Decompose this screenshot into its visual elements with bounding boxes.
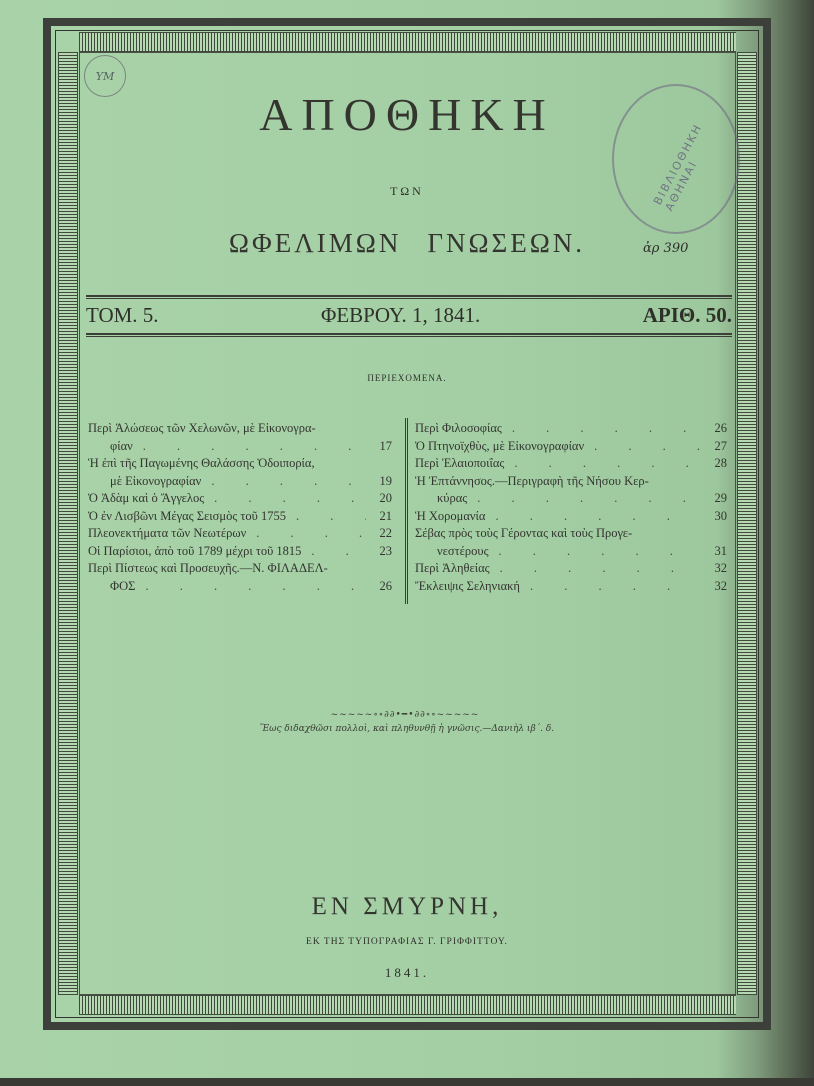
toc-entry: Ὁ Πτηνοϊχθὺς, μὲ Εἰκονογραφίαν. . . . . … <box>415 438 727 456</box>
leader-dots: . . . . . . . . . . . <box>489 543 701 561</box>
issue-rule-bottom <box>86 333 732 337</box>
toc-page-number: 32 <box>701 560 727 578</box>
leader-dots: . . . . . . . . . . . <box>201 473 366 491</box>
leader-dots: . . . . . . . . . . . <box>502 420 701 438</box>
epigraph-quote: Ἕως διδαχθῶσι πολλοὶ, καὶ πληθυνθῇ ἡ γνῶ… <box>0 724 814 734</box>
toc-right-column: Περὶ Φιλοσοφίας. . . . . . . . . . .26 Ὁ… <box>415 420 727 595</box>
toc-page-number: 21 <box>366 508 392 526</box>
leader-dots: . . . . . . . . . . . <box>490 560 701 578</box>
toc-entry: Σέβας πρὸς τοὺς Γέροντας καὶ τοὺς Προγε-… <box>415 525 727 560</box>
leader-dots: . . . . . . . . . . . <box>584 438 701 456</box>
toc-left-column: Περὶ Ἁλώσεως τῶν Χελωνῶν, μὲ Εἰκονογρα- … <box>88 420 392 595</box>
toc-entry-title: Ἡ ἐπὶ τῆς Παγωμένης Θαλάσσης Ὁδοιπορία, <box>88 455 392 473</box>
toc-entry-title: Πλεονεκτήματα τῶν Νεωτέρων <box>88 525 246 543</box>
toc-entry: Περὶ Ἐλαιοποιΐας. . . . . . . . . . .28 <box>415 455 727 473</box>
toc-entry: Ἡ Χορομανία. . . . . . . . . . .30 <box>415 508 727 526</box>
leader-dots: . . . . . . . . . . . <box>467 490 701 508</box>
toc-entry-title-cont: κύρας <box>415 490 467 508</box>
imprint-year: 1841. <box>0 965 814 981</box>
leader-dots: . . . . . . . . . . . <box>485 508 701 526</box>
toc-entry: Πλεονεκτήματα τῶν Νεωτέρων. . . . . . . … <box>88 525 392 543</box>
toc-page-number: 23 <box>366 543 392 561</box>
subtitle-word-1: ΩΦΕΛΙΜΩΝ <box>229 228 401 258</box>
leader-dots: . . . . . . . . . . . <box>520 578 701 596</box>
toc-entry-title: Ἔκλειψις Σεληνιακή <box>415 578 520 596</box>
toc-column-divider <box>405 418 408 604</box>
toc-page-number: 29 <box>701 490 727 508</box>
toc-page-number: 30 <box>701 508 727 526</box>
top-hatched-border <box>79 32 736 52</box>
toc-entry: Ὁ Ἀδὰμ καὶ ὁ Ἄγγελος. . . . . . . . . . … <box>88 490 392 508</box>
toc-entry-title: Περὶ Πίστεως καὶ Προσευχῆς.—Ν. ΦΙΛΑΔΕΛ- <box>88 560 392 578</box>
toc-entry-title-cont: νεστέρους <box>415 543 489 561</box>
toc-entry: Περὶ Ἁλώσεως τῶν Χελωνῶν, μὲ Εἰκονογρα- … <box>88 420 392 455</box>
page-shadow-edge <box>0 1078 814 1086</box>
leader-dots: . . . . . . . . . . . <box>301 543 366 561</box>
journal-subtitle: ΩΦΕΛΙΜΩΝΓΝΩΣΕΩΝ. <box>0 228 814 259</box>
toc-entry: Ἡ Ἑπτάννησος.—Περιγραφὴ τῆς Νήσου Κερ- κ… <box>415 473 727 508</box>
toc-entry-title: Περὶ Φιλοσοφίας <box>415 420 502 438</box>
journal-title-connector: ΤΩΝ <box>0 184 814 199</box>
toc-entry-title: Ὁ Ἀδὰμ καὶ ὁ Ἄγγελος <box>88 490 204 508</box>
toc-entry: Περὶ Φιλοσοφίας. . . . . . . . . . .26 <box>415 420 727 438</box>
toc-page-number: 26 <box>366 578 392 596</box>
issue-number: ΑΡΙΘ. 50. <box>643 303 732 328</box>
toc-entry: Περὶ Ἀληθείας. . . . . . . . . . .32 <box>415 560 727 578</box>
toc-entry-title: Περὶ Ἁλώσεως τῶν Χελωνῶν, μὲ Εἰκονογρα- <box>88 420 392 438</box>
issue-date: ΦΕΒΡΟΥ. 1, 1841. <box>321 303 480 328</box>
toc-page-number: 22 <box>366 525 392 543</box>
toc-entry-title-cont: φίαν <box>88 438 133 456</box>
corner-mark-text: ΥΜ <box>96 70 115 83</box>
journal-title: ΑΠΟΘΗΚΗ <box>0 88 814 141</box>
leader-dots: . . . . . . . . . . . <box>133 438 366 456</box>
toc-page-number: 26 <box>701 420 727 438</box>
toc-page-number: 28 <box>701 455 727 473</box>
contents-heading: ΠΕΡΙΕΧΟΜΕΝΑ. <box>0 373 814 383</box>
toc-entry-title: Περὶ Ἐλαιοποιΐας <box>415 455 504 473</box>
toc-entry: Ἡ ἐπὶ τῆς Παγωμένης Θαλάσσης Ὁδοιπορία, … <box>88 455 392 490</box>
leader-dots: . . . . . . . . . . . <box>135 578 366 596</box>
toc-entry: Οἱ Παρίσιοι, ἀπὸ τοῦ 1789 μέχρι τοῦ 1815… <box>88 543 392 561</box>
toc-page-number: 19 <box>366 473 392 491</box>
volume-number: ΤΟΜ. 5. <box>86 303 159 328</box>
toc-page-number: 20 <box>366 490 392 508</box>
toc-page-number: 31 <box>701 543 727 561</box>
subtitle-word-2: ΓΝΩΣΕΩΝ. <box>427 228 585 258</box>
toc-entry-title: Ὁ Πτηνοϊχθὺς, μὲ Εἰκονογραφίαν <box>415 438 584 456</box>
toc-entry-title: Ἡ Χορομανία <box>415 508 485 526</box>
imprint-press: ΕΚ ΤΗΣ ΤΥΠΟΓΡΑΦΙΑΣ Γ. ΓΡΙΦΦΙΤΤΟΥ. <box>0 937 814 947</box>
toc-entry-title: Οἱ Παρίσιοι, ἀπὸ τοῦ 1789 μέχρι τοῦ 1815 <box>88 543 301 561</box>
toc-entry-title-cont: μὲ Εἰκονογραφίαν <box>88 473 201 491</box>
issue-info-bar: ΤΟΜ. 5. ΦΕΒΡΟΥ. 1, 1841. ΑΡΙΘ. 50. <box>86 303 732 328</box>
toc-page-number: 17 <box>366 438 392 456</box>
toc-entry-title: Ἡ Ἑπτάννησος.—Περιγραφὴ τῆς Νήσου Κερ- <box>415 473 727 491</box>
toc-entry-title: Ὁ ἐν Λισβῶνι Μέγας Σεισμὸς τοῦ 1755 <box>88 508 286 526</box>
ornament-divider-icon: ~~~~~∘∘∂∂•━•∂∂∘∘~~~~~ <box>305 710 505 720</box>
toc-page-number: 32 <box>701 578 727 596</box>
leader-dots: . . . . . . . . . . . <box>504 455 701 473</box>
toc-entry-title: Περὶ Ἀληθείας <box>415 560 490 578</box>
imprint-city: ΕΝ ΣΜΥΡΝΗ, <box>0 893 814 921</box>
toc-entry: Περὶ Πίστεως καὶ Προσευχῆς.—Ν. ΦΙΛΑΔΕΛ- … <box>88 560 392 595</box>
toc-entry-title: Σέβας πρὸς τοὺς Γέροντας καὶ τοὺς Προγε- <box>415 525 727 543</box>
toc-entry: Ὁ ἐν Λισβῶνι Μέγας Σεισμὸς τοῦ 1755. . .… <box>88 508 392 526</box>
leader-dots: . . . . . . . . . . . <box>204 490 366 508</box>
issue-rule-top <box>86 295 732 299</box>
leader-dots: . . . . . . . . . . . <box>246 525 366 543</box>
leader-dots: . . . . . . . . . . . <box>286 508 366 526</box>
toc-entry-title-cont: ΦΟΣ <box>88 578 135 596</box>
bottom-hatched-border <box>79 995 736 1015</box>
toc-page-number: 27 <box>701 438 727 456</box>
toc-entry: Ἔκλειψις Σεληνιακή. . . . . . . . . . .3… <box>415 578 727 596</box>
